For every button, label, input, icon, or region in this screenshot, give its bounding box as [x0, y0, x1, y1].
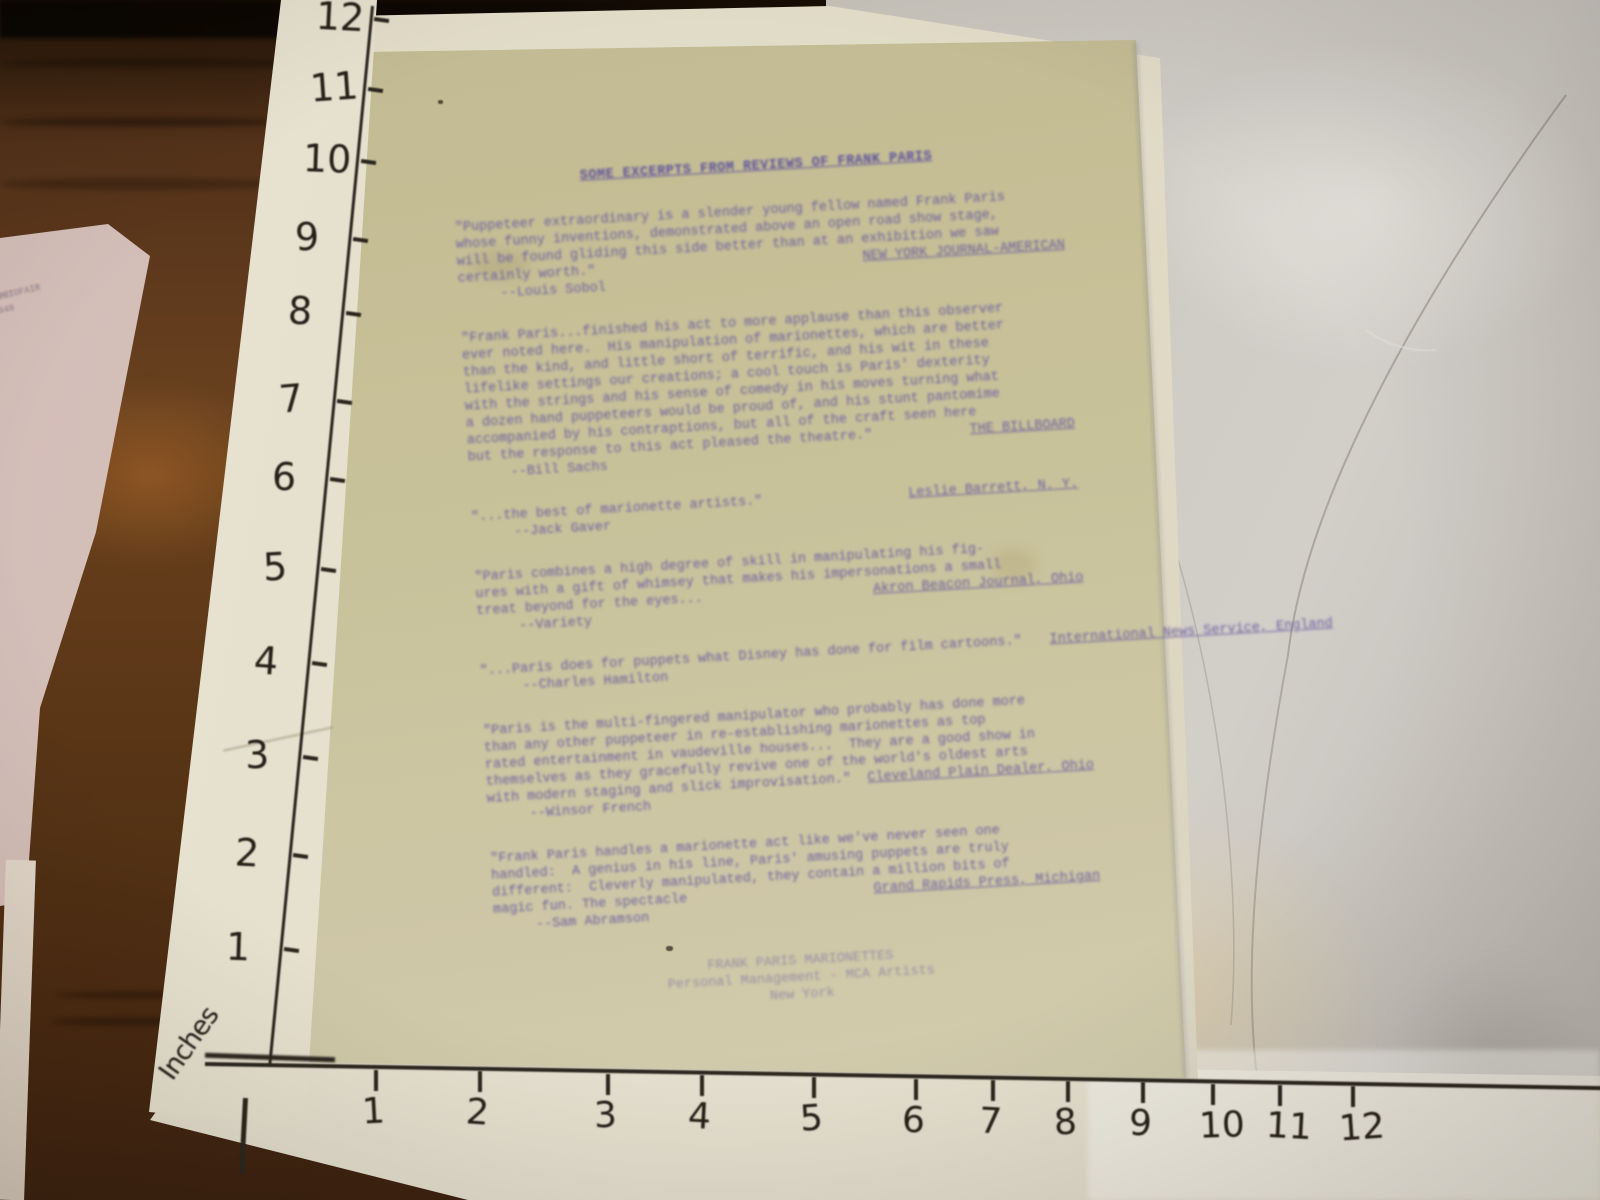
bottom-ruler-tick — [374, 1070, 378, 1091]
bottom-ruler-tick — [1351, 1086, 1355, 1107]
bottom-ruler-tick — [914, 1079, 918, 1100]
bottom-ruler-tick — [1066, 1081, 1070, 1102]
bottom-ruler-marks: 123456789101112 — [0, 0, 1600, 1200]
bottom-ruler-number: 3 — [593, 1097, 617, 1134]
bottom-ruler-number: 10 — [1198, 1107, 1245, 1145]
bottom-ruler-tick — [1211, 1084, 1215, 1105]
bottom-ruler-tick — [700, 1075, 704, 1096]
bottom-ruler-number: 4 — [687, 1099, 712, 1136]
bottom-ruler-tick — [1141, 1082, 1145, 1103]
bottom-ruler-number: 1 — [361, 1093, 386, 1130]
photo-of-typed-review-page-with-rulers: SOME EXCERPTS FROM REVIEWS OF FRANK PARI… — [0, 0, 1600, 1200]
bottom-ruler-tick — [1278, 1085, 1282, 1106]
bottom-ruler-tick — [606, 1074, 610, 1095]
bottom-ruler-tick — [478, 1071, 482, 1092]
bottom-ruler-number: 2 — [465, 1095, 490, 1133]
bottom-ruler-number: 5 — [799, 1100, 824, 1138]
bottom-ruler-number: 8 — [1053, 1105, 1078, 1142]
bottom-ruler-number: 12 — [1338, 1108, 1386, 1147]
bottom-ruler-number: 11 — [1265, 1108, 1313, 1146]
bottom-ruler-number: 6 — [901, 1102, 925, 1139]
bottom-ruler-number: 7 — [978, 1103, 1003, 1140]
bottom-ruler-tick — [812, 1077, 816, 1098]
bottom-ruler-number: 9 — [1128, 1106, 1152, 1143]
bottom-ruler-tick — [991, 1080, 995, 1101]
